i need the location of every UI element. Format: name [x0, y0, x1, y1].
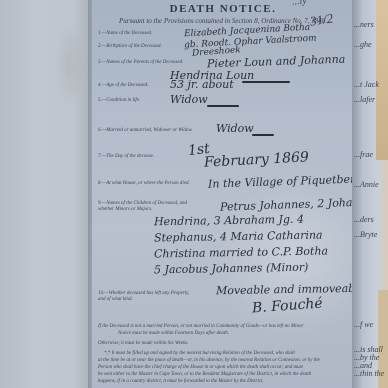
fill-dash [207, 105, 239, 107]
field-label-children: 9.—Names of the Children of Deceased, an… [98, 201, 193, 213]
field-label-name: 1.—Name of the Deceased. [98, 31, 152, 37]
adjacent-fragment: ...ghe [354, 40, 384, 49]
footer-note-line2: Notice must be made within Fourteen Days… [118, 330, 354, 337]
adjacent-fragment: ...ders [354, 215, 384, 224]
field-label-place-of-death: 8.—At what House, or where the Person di… [98, 181, 190, 187]
field-label-marital: 6.—Married or unmarried, Widower or Wido… [98, 128, 193, 134]
fill-dash [242, 81, 290, 83]
field-label-condition: 5.—Condition in life. [98, 98, 140, 104]
adjacent-fragment: ...Annie [354, 180, 384, 189]
field-value-children-line2: Hendrina, 3 Abraham Jg. 4 [154, 213, 304, 229]
field-label-day-of-decease: 7.—The Day of the decease. [98, 154, 154, 160]
field-value-property: Moveable and immoveable [216, 282, 354, 298]
footer-note-line1: If the Deceased is not a married Person,… [98, 323, 348, 330]
field-value-condition: Widow [170, 93, 208, 106]
paper-stain [55, 20, 85, 110]
left-facing-page [0, 0, 92, 388]
death-notice-page: ...ly DEATH NOTICE. Pursuant to the Prov… [92, 0, 354, 388]
footer-note-line7: be sent either to the Master in Cape Tow… [98, 371, 348, 378]
footer-note-line6: Person who shall have the chief charge o… [98, 364, 348, 371]
field-value-marital: Widow [216, 122, 254, 135]
field-value-children-line5: 5 Jacobus Johannes (Minor) [154, 261, 309, 277]
reference-number: 31/2 [309, 10, 334, 29]
footer-note-line5: at the time be at or near the place of d… [98, 357, 348, 364]
adjacent-fragment: ...t Jack [354, 80, 384, 89]
field-label-age: 4.—Age of the Deceased. [98, 83, 148, 89]
field-value-age: 53 jr. about [170, 78, 234, 91]
field-label-birthplace: 2.—Birthplace of the Deceased. [98, 44, 162, 50]
adjacent-fragment: ...thin the [354, 369, 384, 378]
adjacent-fragment: ...f we [354, 320, 384, 329]
adjacent-page-edge: ...ners ...ghe ...t Jack ...lafer ...fra… [352, 0, 388, 388]
adjacent-fragment: ...Bryte [354, 230, 384, 239]
field-label-property: 10.—Whether deceased has left any Proper… [98, 291, 193, 303]
field-value-month-year: February 1869 [204, 149, 310, 170]
adjacent-fragment: ...ners [354, 20, 384, 29]
adjacent-fragment: ...lafer [354, 95, 384, 104]
footer-note-line3: Otherwise, it must be made within Six We… [98, 340, 348, 347]
footer-note-line4: *,* It must be filled up and signed by t… [104, 350, 354, 357]
adjacent-fragment: ...frae [354, 150, 384, 159]
fill-dash [252, 134, 274, 136]
footer-note-line8: happens, if in a country district, it mu… [98, 378, 348, 385]
field-label-parents: 3.—Names of the Parents of the Deceased. [98, 60, 183, 66]
